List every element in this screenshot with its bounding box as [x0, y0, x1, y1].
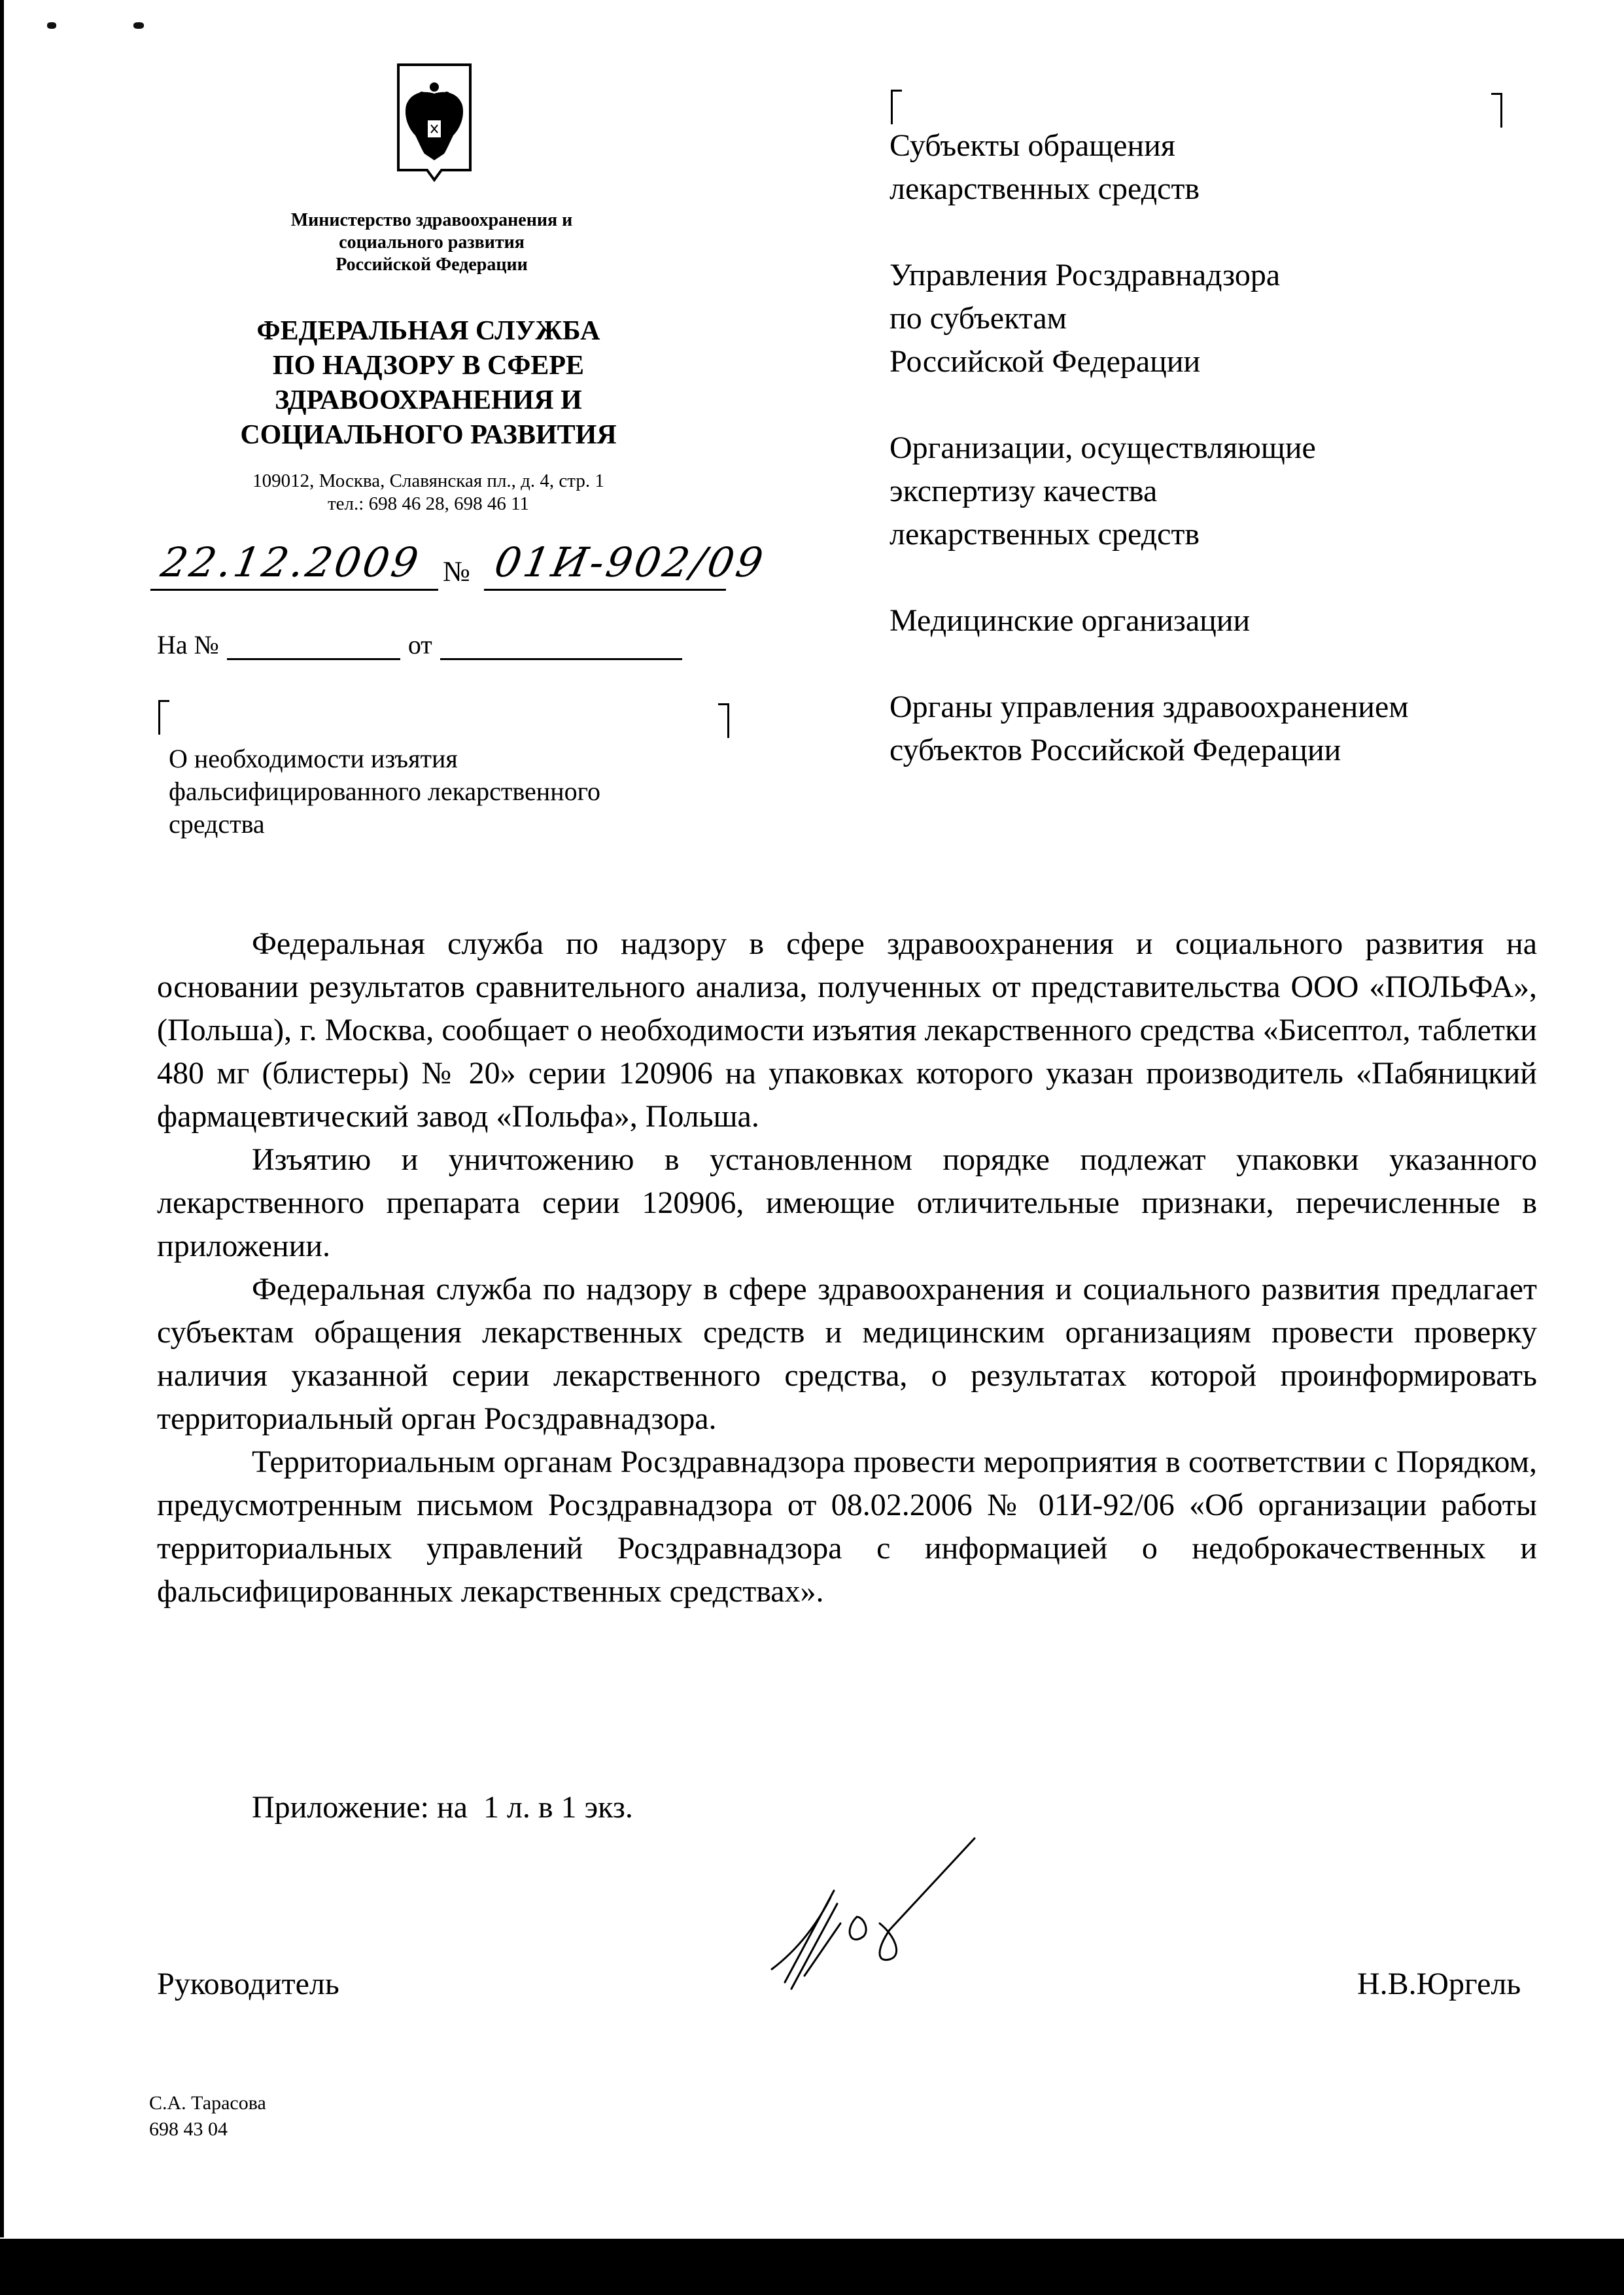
letter-body: Федеральная служба по надзору в сфере зд…	[157, 922, 1537, 1613]
ministry-name: Министерство здравоохранения и социально…	[216, 209, 648, 276]
ministry-line: Министерство здравоохранения и	[216, 209, 648, 232]
address-line: 109012, Москва, Славянская пл., д. 4, ст…	[150, 470, 706, 493]
recipient-line: Органы управления здравоохранением	[890, 686, 1576, 729]
corner-bracket-right	[1491, 93, 1502, 128]
reply-number-label: На №	[157, 629, 219, 660]
reply-number-blank	[227, 635, 400, 660]
executor-name: С.А. Тарасова	[149, 2090, 266, 2116]
recipient-line: Субъекты обращения	[890, 124, 1576, 167]
scan-bottom-border	[0, 2239, 1624, 2295]
recipient: Субъекты обращения лекарственных средств	[890, 124, 1576, 211]
service-line: ЗДРАВООХРАНЕНИЯ И	[150, 383, 706, 418]
number-sign: №	[443, 555, 470, 588]
subject-line: О необходимости изъятия	[169, 743, 757, 775]
recipient-line: Медицинские организации	[890, 599, 1576, 642]
recipient: Организации, осуществляющие экспертизу к…	[890, 427, 1576, 556]
executor-phone: 698 43 04	[149, 2116, 266, 2143]
registration-number: 01И-902/09	[484, 536, 736, 591]
corner-bracket-left	[158, 700, 169, 735]
corner-bracket-right	[718, 703, 729, 738]
attachment-note: Приложение: на 1 л. в 1 экз.	[252, 1789, 633, 1825]
recipient-line: субъектов Российской Федерации	[890, 729, 1576, 772]
recipients-block: Субъекты обращения лекарственных средств…	[890, 124, 1576, 815]
recipient-line: Управления Росздравнадзора	[890, 254, 1576, 297]
letter-subject: О необходимости изъятия фальсифицированн…	[169, 743, 757, 841]
handwritten-signature-icon	[759, 1832, 1060, 2002]
recipient-line: экспертизу качества	[890, 470, 1576, 513]
body-paragraph: Федеральная служба по надзору в сфере зд…	[157, 922, 1537, 1138]
body-paragraph: Изъятию и уничтожению в установленном по…	[157, 1138, 1537, 1268]
recipient: Органы управления здравоохранением субъе…	[890, 686, 1576, 772]
signatory-name: Н.В.Юргель	[1357, 1966, 1521, 2002]
reply-to-line: На № от	[157, 629, 682, 660]
recipient-line: Организации, осуществляющие	[890, 427, 1576, 470]
recipient-line: лекарственных средств	[890, 167, 1576, 211]
coat-of-arms-icon	[396, 62, 473, 183]
body-paragraph: Федеральная служба по надзору в сфере зд…	[157, 1268, 1537, 1441]
reply-date-label: от	[408, 629, 432, 660]
signatory-position: Руководитель	[157, 1966, 339, 2002]
phone-line: тел.: 698 46 28, 698 46 11	[150, 493, 706, 516]
corner-bracket-left	[891, 90, 902, 124]
scan-speck	[133, 22, 144, 29]
subject-line: средства	[169, 808, 757, 841]
executor-info: С.А. Тарасова 698 43 04	[149, 2090, 266, 2143]
reply-date-blank	[440, 635, 682, 660]
recipient-line: по субъектам	[890, 297, 1576, 340]
service-line: ПО НАДЗОРУ В СФЕРЕ	[150, 349, 706, 383]
recipient-line: лекарственных средств	[890, 513, 1576, 556]
ministry-line: социального развития	[216, 232, 648, 254]
service-line: ФЕДЕРАЛЬНАЯ СЛУЖБА	[150, 314, 706, 349]
org-address: 109012, Москва, Славянская пл., д. 4, ст…	[150, 470, 706, 516]
body-paragraph: Территориальным органам Росздравнадзора …	[157, 1441, 1537, 1613]
recipient: Медицинские организации	[890, 599, 1576, 642]
registration-line: 22.12.2009 № 01И-902/09	[155, 536, 809, 595]
service-line: СОЦИАЛЬНОГО РАЗВИТИЯ	[150, 418, 706, 453]
ministry-line: Российской Федерации	[216, 254, 648, 276]
service-name: ФЕДЕРАЛЬНАЯ СЛУЖБА ПО НАДЗОРУ В СФЕРЕ ЗД…	[150, 314, 706, 453]
recipient-line: Российской Федерации	[890, 340, 1576, 383]
scan-edge	[0, 0, 4, 2237]
scan-speck	[47, 22, 56, 29]
recipient: Управления Росздравнадзора по субъектам …	[890, 254, 1576, 383]
subject-line: фальсифицированного лекарственного	[169, 775, 757, 808]
registration-date: 22.12.2009	[150, 536, 448, 591]
